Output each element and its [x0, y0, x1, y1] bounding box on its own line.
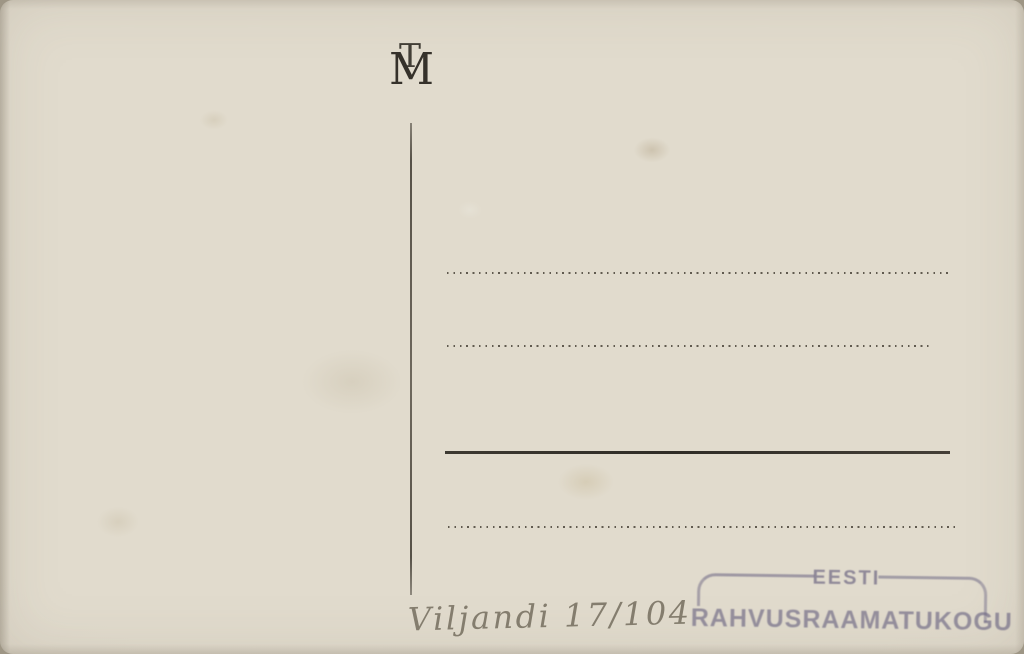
stamp-frame-left — [697, 573, 814, 608]
postcard-back: M T EESTI RAHVUSRAAMATUKOGU Viljandi 17/… — [0, 0, 1024, 654]
stamp-country-text: EESTI — [811, 567, 881, 591]
divider-line — [410, 123, 412, 595]
monogram-letter-t: T — [399, 39, 421, 72]
address-line-dotted — [447, 345, 930, 347]
address-line-dotted — [448, 526, 955, 528]
stamp-library-name: RAHVUSRAAMATUKOGU — [691, 604, 991, 637]
address-line-dotted — [447, 272, 950, 274]
address-line-solid — [445, 451, 950, 454]
library-stamp: EESTI RAHVUSRAAMATUKOGU — [687, 562, 994, 648]
pencil-inscription: Viljandi 17/104 — [408, 594, 692, 639]
publisher-monogram-icon: M T — [384, 42, 442, 102]
